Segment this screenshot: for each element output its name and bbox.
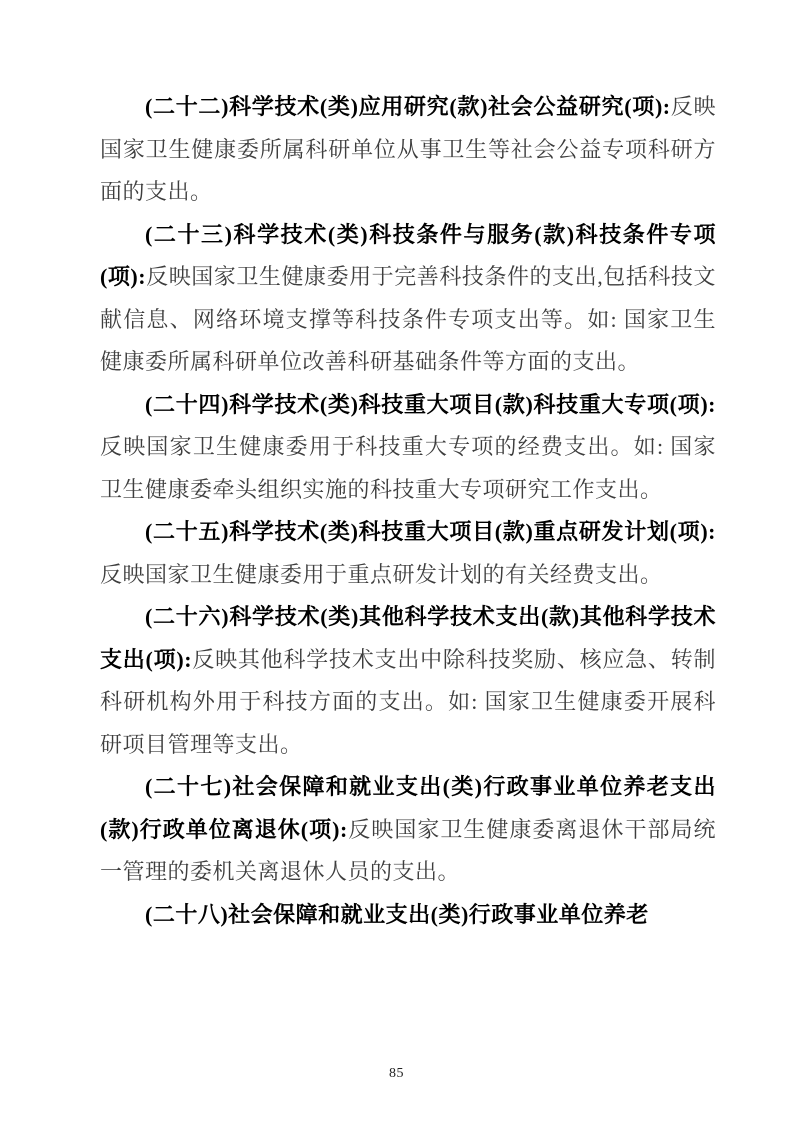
paragraph: (二十八)社会保障和就业支出(类)行政事业单位养老 bbox=[100, 894, 716, 937]
paragraph: (二十四)科学技术(类)科技重大项目(款)科技重大专项(项):反映国家卫生健康委… bbox=[100, 384, 716, 512]
paragraph-heading: (二十二)科学技术(类)应用研究(款)社会公益研究(项): bbox=[145, 94, 671, 119]
paragraph-body: 反映国家卫生健康委用于完善科技条件的支出,包括科技文献信息、网络环境支撑等科技条… bbox=[100, 264, 716, 374]
paragraph: (二十二)科学技术(类)应用研究(款)社会公益研究(项):反映国家卫生健康委所属… bbox=[100, 86, 716, 214]
document-page: (二十二)科学技术(类)应用研究(款)社会公益研究(项):反映国家卫生健康委所属… bbox=[0, 0, 793, 1122]
document-content: (二十二)科学技术(类)应用研究(款)社会公益研究(项):反映国家卫生健康委所属… bbox=[100, 86, 716, 936]
paragraph-body: 反映国家卫生健康委用于重点研发计划的有关经费支出。 bbox=[100, 562, 663, 587]
paragraph: (二十六)科学技术(类)其他科学技术支出(款)其他科学技术支出(项):反映其他科… bbox=[100, 596, 716, 766]
paragraph: (二十三)科学技术(类)科技条件与服务(款)科技条件专项(项):反映国家卫生健康… bbox=[100, 214, 716, 384]
paragraph: (二十七)社会保障和就业支出(类)行政事业单位养老支出(款)行政单位离退休(项)… bbox=[100, 766, 716, 894]
paragraph-body: 反映其他科学技术支出中除科技奖励、核应急、转制科研机构外用于科技方面的支出。如:… bbox=[100, 647, 716, 757]
paragraph-heading: (二十八)社会保障和就业支出(类)行政事业单位养老 bbox=[145, 902, 649, 927]
page-number: 85 bbox=[0, 1066, 793, 1082]
paragraph-heading: (二十五)科学技术(类)科技重大项目(款)重点研发计划(项): bbox=[145, 519, 716, 544]
paragraph-body: 反映国家卫生健康委用于科技重大专项的经费支出。如: 国家卫生健康委牵头组织实施的… bbox=[100, 434, 716, 502]
paragraph: (二十五)科学技术(类)科技重大项目(款)重点研发计划(项):反映国家卫生健康委… bbox=[100, 511, 716, 596]
paragraph-heading: (二十四)科学技术(类)科技重大项目(款)科技重大专项(项): bbox=[145, 392, 716, 417]
